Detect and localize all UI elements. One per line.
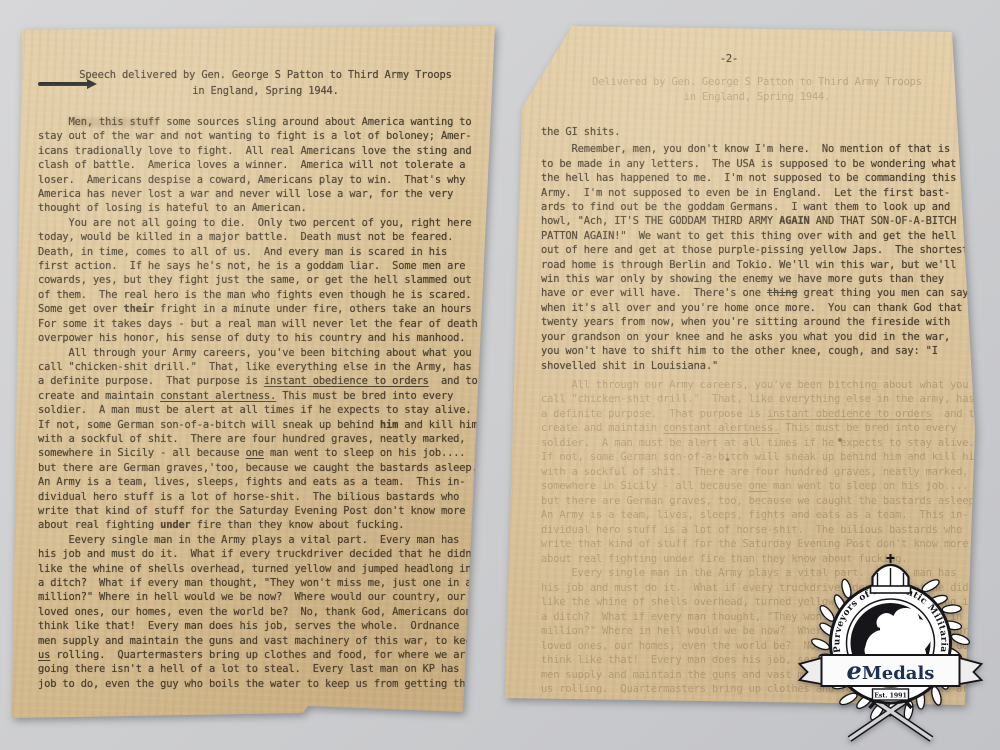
ghost-line: a definite purpose. That purpose is inst… xyxy=(541,407,973,422)
typed-line: about real fighting under fire than they… xyxy=(38,518,493,532)
page-1-text: Speech delivered by Gen. George S Patton… xyxy=(38,52,493,691)
typed-line: million?" Where in hell would we be now?… xyxy=(38,590,493,604)
typed-line: soldier. A man must be alert at all time… xyxy=(38,403,493,417)
typed-line: a definite purpose. That purpose is inst… xyxy=(38,374,493,388)
est-plaque: Est. 1991 xyxy=(873,689,909,700)
ghost-line: Delivered by Gen. George S Patton to Thi… xyxy=(541,75,973,90)
ribbon-banner: eMedals xyxy=(800,655,982,686)
typed-line: America has never lost a war and never w… xyxy=(38,187,493,201)
page-2-body: the GI shits. Remember, men, you don't k… xyxy=(541,125,973,373)
typed-line: write that kind of stuff for the Saturda… xyxy=(38,504,493,518)
typed-line: overpower his honor, his sense of duty t… xyxy=(38,331,493,345)
typed-line: loved ones, our homes, even the world be… xyxy=(38,605,493,619)
typed-line: going there isn't a hell of a lot to ste… xyxy=(38,662,493,676)
ghost-title: Delivered by Gen. George S Patton to Thi… xyxy=(541,75,973,104)
typed-line: you won't have to shift him to the other… xyxy=(541,344,973,358)
typed-line: If not, some German son-of-a-bitch will … xyxy=(38,418,493,432)
typed-line: men supply and maintain the guns and vas… xyxy=(38,634,493,648)
typed-line: out of here and get at those purple-piss… xyxy=(541,243,973,257)
typed-line: You are not all going to die. Only two p… xyxy=(38,216,493,230)
ghost-line: All through our Army careers, you've bee… xyxy=(541,378,973,393)
typed-line: a ditch? What if every man thought, "The… xyxy=(38,576,493,590)
typed-line: Eevery single man in the Army plays a vi… xyxy=(38,533,493,547)
typed-line: like the whine of shells overhead, turne… xyxy=(38,562,493,576)
typed-line: but there are German graves,'too, becaus… xyxy=(38,461,493,475)
paragraph: Remember, men, you don't know I'm here. … xyxy=(541,142,973,373)
ghost-line: somewhere in Sicily - all because one ma… xyxy=(541,479,973,494)
typed-line: Death, in time, comes to all of us. And … xyxy=(38,245,493,259)
typed-line: to be made in any letters. The USA is su… xyxy=(541,157,973,171)
typed-line: PATTON AGAIN!" We want to get this thing… xyxy=(541,229,973,243)
typed-line: call "chicken-shit drill." That, like ev… xyxy=(38,360,493,374)
typed-line: howl, "Ach, IT'S THE GODDAM THIRD ARMY A… xyxy=(541,214,973,228)
page-1-body: Men, this stuff some sources sling aroun… xyxy=(38,115,493,691)
typed-line: thought of losing is hateful to an Ameri… xyxy=(38,201,493,215)
typed-line: his job and must do it. What if every tr… xyxy=(38,547,493,561)
ghost-line: An Army is a team, lives, sleeps, fights… xyxy=(541,508,973,523)
typed-line: Remember, men, you don't know I'm here. … xyxy=(541,142,973,156)
typed-line: first action. If he says he's not, he is… xyxy=(38,259,493,273)
typed-line: win this war only by showing the enemy w… xyxy=(541,272,973,286)
typed-line: icans tradionally love to fight. All rea… xyxy=(38,144,493,158)
typed-line: in England, Spring 1944. xyxy=(38,83,493,99)
typed-line: For some it takes days - but a real man … xyxy=(38,317,493,331)
document-scan: Speech delivered by Gen. George S Patton… xyxy=(0,0,1000,750)
typed-line: road home is through Berlin and Tokio. W… xyxy=(541,258,973,272)
typed-line: shovelled shit in Louisiana." xyxy=(541,359,973,373)
ghost-line: call "chicken-shit drill." That, like ev… xyxy=(541,392,973,407)
typed-line: create and maintain constant alertness. … xyxy=(38,389,493,403)
typed-line: us rolling. Quartermasters bring up clot… xyxy=(38,648,493,662)
established-text: Est. 1991 xyxy=(874,693,907,700)
ghost-line: but there are German graves, too, becaus… xyxy=(541,494,973,509)
paragraph: the GI shits. xyxy=(541,125,973,139)
page-1-wrap: Speech delivered by Gen. George S Patton… xyxy=(8,16,502,722)
ghost-line: with a sockful of shit. There are four h… xyxy=(541,465,973,480)
typed-line: ards to find out be the goddam Germans. … xyxy=(541,200,973,214)
typed-line: Speech delivered by Gen. George S Patton… xyxy=(38,67,493,83)
typed-line: loser. Americans despise a coward, Ameri… xyxy=(38,173,493,187)
emedals-watermark: Purveyors of Authentic Militaria xyxy=(792,546,990,744)
typed-line: today, would be killed in a major battle… xyxy=(38,230,493,244)
page-number: -2- xyxy=(513,52,945,66)
typed-line: An Army is a team, lives, sleeps, fights… xyxy=(38,475,493,489)
typed-line: Men, this stuff some sources sling aroun… xyxy=(38,115,493,129)
typed-line: with a sockful of shit. There are four h… xyxy=(38,432,493,446)
typed-line: Army. I'm not supposed to even be in Eng… xyxy=(541,186,973,200)
typed-line: your grandson on your knee and he asks y… xyxy=(541,330,973,344)
crown-icon xyxy=(871,554,911,593)
typed-line: when it's all over and you're home once … xyxy=(541,301,973,315)
typed-line: of them. The real hero is the man who fi… xyxy=(38,288,493,302)
ghost-line: create and maintain constant alertness. … xyxy=(541,421,973,436)
typed-line: have or ever will have. There's one thin… xyxy=(541,286,973,300)
typed-line: job to do, even the guy who boils the wa… xyxy=(38,677,493,691)
typed-line: Some get over their fright in a minute u… xyxy=(38,302,493,316)
typed-line: think like that! Every man does his job,… xyxy=(38,619,493,633)
typed-line: clash of battle. America loves a winner.… xyxy=(38,158,493,172)
typed-line: somewhere in Sicily - all because one ma… xyxy=(38,446,493,460)
page-title: Speech delivered by Gen. George S Patton… xyxy=(38,67,493,99)
typed-line: the GI shits. xyxy=(541,125,973,139)
typed-line: dividual hero stuff is a lot of horse-sh… xyxy=(38,490,493,504)
typed-line: twenty years from now, when you're sitti… xyxy=(541,315,973,329)
page-1: Speech delivered by Gen. George S Patton… xyxy=(8,16,502,722)
typed-line: cowards, yes, but they fight just the sa… xyxy=(38,273,493,287)
ghost-line: If not, some German son-of-a-bitch will … xyxy=(541,450,973,465)
typed-line: stay out of the war and not wanting to f… xyxy=(38,129,493,143)
emedals-badge-icon: Purveyors of Authentic Militaria xyxy=(792,546,990,744)
ghost-line: soldier. A man must be alert at all time… xyxy=(541,436,973,451)
typed-line: All through your Army careers, you've be… xyxy=(38,346,493,360)
ghost-line: dividual hero stuff is a lot of horse-sh… xyxy=(541,523,973,538)
ghost-line: in England, Spring 1944. xyxy=(541,90,973,105)
typed-line: the hell has happened to me. I'm not sup… xyxy=(541,171,973,185)
